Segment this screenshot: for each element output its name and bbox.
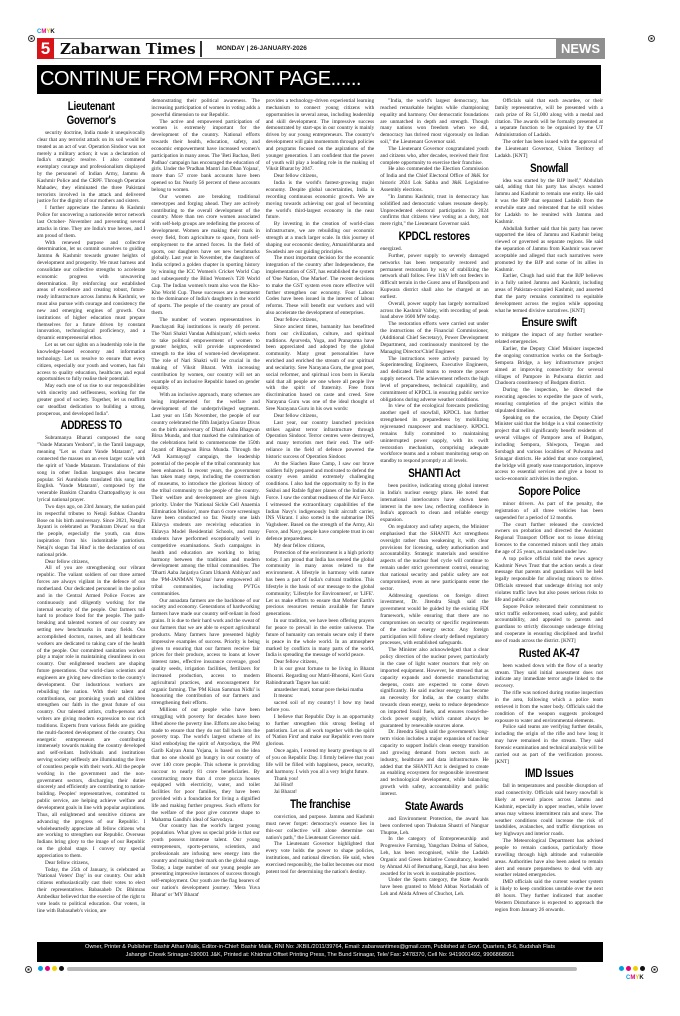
- article-paragraph: Earlier, Chugh had said that the BJP bel…: [495, 273, 603, 314]
- article-paragraph: Officials said that each awardee, or the…: [495, 98, 603, 139]
- article-paragraph: All of you are strengthening our vibrant…: [37, 565, 145, 859]
- article-headline: Sopore Police: [503, 485, 595, 499]
- article-paragraph: The Minister also acknowledged that a cl…: [380, 647, 488, 729]
- swatch-black-right: [640, 966, 645, 971]
- cmyk-label-bottom: CMYK: [626, 975, 644, 981]
- article-paragraph: I believe that Republic Day is an opport…: [266, 714, 374, 748]
- article-headline: The franchise: [274, 798, 366, 812]
- article-paragraph: been positive, indicating strong global …: [380, 483, 488, 524]
- article-paragraph: energized.: [380, 246, 488, 253]
- article-paragraph: Jai Hind!: [266, 782, 374, 789]
- article-headline: IMD Issues: [503, 767, 595, 781]
- article-paragraph: With an inclusive approach, many schemes…: [151, 392, 259, 597]
- article-paragraph: In the category of Entrepreneurship and …: [380, 836, 488, 877]
- article-paragraph: IMD officials said the current weather s…: [495, 879, 603, 913]
- article-paragraph: Earlier, the Deputy Chief Minister inspe…: [495, 346, 603, 387]
- article-paragraph: The most important decision for the econ…: [266, 255, 374, 317]
- article-paragraph: Dear fellow citizens,: [37, 860, 145, 867]
- masthead: 5 Zabarwan Times MONDAY | 26-JANUARY-202…: [37, 38, 603, 59]
- article-paragraph: "In Jammu Kashmir, trust in democracy ha…: [380, 194, 488, 228]
- article-paragraph: Once again, I extend my hearty greetings…: [266, 748, 374, 775]
- registration-mark-top-left: [28, 35, 35, 42]
- article-paragraph: Thank you!: [266, 776, 374, 783]
- article-paragraph: Our annadata farmers are the backbone of…: [151, 598, 259, 708]
- swatch-cyan: [38, 966, 43, 971]
- article-paragraph: My dear fellow citizens,: [266, 543, 374, 550]
- gray-bar: [67, 967, 577, 971]
- column-3: provides a technology-driven experientia…: [266, 98, 374, 935]
- article-paragraph: Addressing questions on foreign direct i…: [380, 593, 488, 648]
- registration-mark-bottom-left: [25, 966, 32, 973]
- article-headline: SHANTI Act: [388, 467, 480, 481]
- column-2: demonstrating their political awareness.…: [151, 98, 259, 935]
- article-paragraph: The Meteorological Department has advise…: [495, 838, 603, 879]
- article-paragraph: Our women are breaking traditional stere…: [151, 194, 259, 317]
- article-paragraph: provides a technology-driven experientia…: [266, 98, 374, 173]
- article-paragraph: During the inspection, he directed the e…: [495, 387, 603, 414]
- article-paragraph: The Lieutenant Governor congratulated yo…: [380, 146, 488, 167]
- article-paragraph: The instructions were actively pursued b…: [380, 356, 488, 404]
- article-paragraph: idea was started by the BJP itself," Abd…: [495, 178, 603, 226]
- imprint-line-1: Owner, Printer & Publisher: Bashir Athar…: [37, 944, 603, 952]
- article-paragraph: security doctrine, India made it unequiv…: [37, 130, 145, 205]
- article-paragraph: Abdullah further said that his party has…: [495, 226, 603, 274]
- column-4: "India, the world's largest democracy, h…: [380, 98, 488, 935]
- article-paragraph: Let us set our sights on a leadership ro…: [37, 342, 145, 383]
- article-paragraph: The court further released the convicted…: [495, 522, 603, 556]
- article-paragraph: The restoration efforts were carried out…: [380, 321, 488, 355]
- article-paragraph: With renewed purpose and collective dete…: [37, 240, 145, 343]
- article-paragraph: I further appreciate the Jammu & Kashmir…: [37, 205, 145, 239]
- registration-mark-top-right: [648, 35, 655, 42]
- article-paragraph: By investing in the creation of world-cl…: [266, 221, 374, 255]
- article-paragraph: The Lieutenant Governor highlighted that…: [266, 841, 374, 875]
- article-paragraph: fall in temperatures and possible disrup…: [495, 783, 603, 838]
- swatch-black: [59, 966, 64, 971]
- article-paragraph: At the Siachen Base Camp, I saw our brav…: [266, 461, 374, 543]
- article-headline: ADDRESS TO: [45, 419, 137, 433]
- article-paragraph: Today, the 25th of January, is celebrate…: [37, 867, 145, 915]
- article-paragraph: Last year, our country launched precisio…: [266, 420, 374, 461]
- article-paragraph: Millions of our people who have been str…: [151, 707, 259, 823]
- article-paragraph: been washed down with the flow of a near…: [495, 663, 603, 690]
- swatch-cyan-right: [619, 966, 624, 971]
- article-headline: Lieutenant Governor's: [45, 100, 137, 128]
- article-paragraph: Under the Sports category, the State Awa…: [380, 877, 488, 898]
- article-paragraph: amardesher mati, tomar pore thekai matha: [266, 687, 374, 694]
- article-paragraph: The active and empowered participation o…: [151, 119, 259, 194]
- article-paragraph: On regulatory and safety aspects, the Mi…: [380, 524, 488, 592]
- swatch-yellow-right: [633, 966, 638, 971]
- article-paragraph: A top police official told the news agen…: [495, 556, 603, 604]
- article-paragraph: In our tradition, we have been offering …: [266, 618, 374, 659]
- article-paragraph: India is the world's fastest-growing maj…: [266, 180, 374, 221]
- article-paragraph: Speaking on the occasion, the Deputy Chi…: [495, 415, 603, 483]
- column-1: Lieutenant Governor'ssecurity doctrine, …: [37, 98, 145, 935]
- article-paragraph: The number of women representatives in P…: [151, 317, 259, 392]
- imprint-footer: Owner, Printer & Publisher: Bashir Athar…: [37, 942, 603, 962]
- masthead-divider: [200, 41, 202, 57]
- section-label: NEWS: [556, 38, 605, 59]
- article-paragraph: to mitigate the impact of any further we…: [495, 332, 603, 346]
- article-paragraph: He also commended the Election Commissio…: [380, 166, 488, 193]
- article-paragraph: demonstrating their political awareness.…: [151, 98, 259, 119]
- article-paragraph: Dr. Jitendra Singh said the government's…: [380, 729, 488, 797]
- registration-mark-bottom-right: [651, 966, 658, 973]
- swatch-yellow: [52, 966, 57, 971]
- article-headline: KPDCL restores: [388, 230, 480, 244]
- cmyk-k: K: [639, 975, 643, 981]
- article-paragraph: The order has been issued with the appro…: [495, 139, 603, 160]
- article-headline: Rusted AK-47: [503, 647, 595, 661]
- article-paragraph: In view of the ecological forecasts pred…: [380, 403, 488, 465]
- article-headline: Snowfall: [503, 162, 595, 176]
- article-paragraph: Subramanya Bharati composed the song "Va…: [37, 435, 145, 503]
- article-paragraph: It is our great fortune to be living in …: [266, 666, 374, 687]
- article-paragraph: Further, power supply to severely damage…: [380, 253, 488, 301]
- article-paragraph: Jai Bharat!: [266, 789, 374, 796]
- article-paragraph: Overall, power supply has largely normal…: [380, 301, 488, 322]
- article-paragraph: Since ancient times, humanity has benefi…: [266, 324, 374, 413]
- article-paragraph: minor drivers. As part of the penalty, t…: [495, 501, 603, 522]
- swatch-magenta-right: [626, 966, 631, 971]
- issue-date: MONDAY | 26-JANUARY-2026: [216, 45, 306, 52]
- article-columns: Lieutenant Governor'ssecurity doctrine, …: [37, 98, 603, 935]
- article-paragraph: Dear fellow citizens,: [266, 413, 374, 420]
- article-paragraph: Dear fellow citizens,: [266, 659, 374, 666]
- article-paragraph: The rifle was noticed during routine ins…: [495, 690, 603, 724]
- article-paragraph: Our country has the world's largest youn…: [151, 823, 259, 898]
- article-paragraph: Police said teams are verifying further …: [495, 724, 603, 765]
- imprint-line-2: Jahangir Chowk Srinagar-190001 J&K, Prin…: [37, 952, 603, 960]
- paper-name: Zabarwan Times: [60, 40, 195, 58]
- article-paragraph: conviction, and purpose. Jammu and Kashm…: [266, 814, 374, 841]
- swatch-magenta: [45, 966, 50, 971]
- article-paragraph: Two days ago, on 23rd January, the natio…: [37, 504, 145, 559]
- article-paragraph: Sopore Police reiterated their commitmen…: [495, 604, 603, 645]
- article-paragraph: Protection of the environment is a high …: [266, 550, 374, 618]
- article-headline: Ensure swift: [503, 316, 595, 330]
- column-5: Officials said that each awardee, or the…: [495, 98, 603, 935]
- article-paragraph: sacred soil of my country! I bow my head…: [266, 700, 374, 714]
- article-headline: State Awards: [388, 800, 480, 814]
- continue-banner: CONTINUE FROM FRONT PAGE......: [37, 65, 601, 94]
- article-paragraph: and Environment Protection, the award ha…: [380, 816, 488, 837]
- article-paragraph: "India, the world's largest democracy, h…: [380, 98, 488, 146]
- article-paragraph: May each one of us rise to our responsib…: [37, 383, 145, 417]
- cmyk-label-top: CMYK: [37, 29, 55, 35]
- cmyk-k: K: [50, 29, 54, 35]
- page-number: 5: [37, 38, 54, 59]
- article-paragraph: Dear fellow citizens,: [266, 317, 374, 324]
